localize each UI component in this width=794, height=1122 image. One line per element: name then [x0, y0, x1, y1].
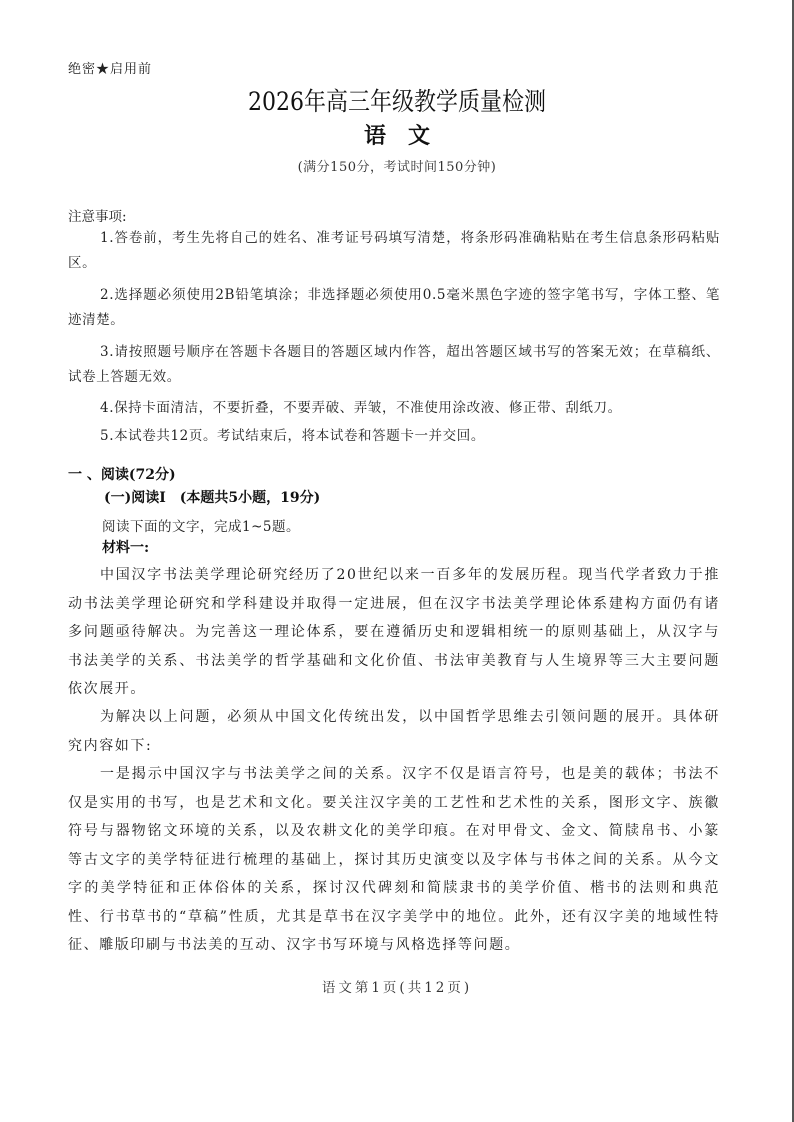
material-label: 材料一: [102, 537, 149, 557]
notice-item-2: 2.选择题必须使用2B铅笔填涂；非选择题必须使用0.5毫米黑色字迹的签字笔书写，… [68, 283, 720, 333]
notice-item-1: 1.答卷前，考生先将自己的姓名、准考证号码填写清楚，将条形码准确粘贴在考生信息条… [68, 226, 720, 276]
subject-title: 语文 [0, 119, 794, 150]
notice-item-3: 3.请按照题号顺序在答题卡各题目的答题区域内作答，超出答题区域书写的答案无效；在… [68, 340, 720, 390]
section-heading: 一 、阅读(72分) [68, 464, 176, 484]
page-footer: 语文第1页(共12页) [0, 976, 794, 996]
body-paragraph-3: 一是揭示中国汉字与书法美学之间的关系。汉字不仅是语言符号，也是美的载体；书法不仅… [68, 760, 720, 960]
exam-title: 2026年高三年级教学质量检测 [48, 82, 747, 118]
body-paragraph-1: 中国汉字书法美学理论研究经历了20世纪以来一百多年的发展历程。现当代学者致力于推… [68, 561, 720, 704]
reading-instruction: 阅读下面的文字，完成1~5题。 [102, 515, 300, 535]
notice-item-5: 5.本试卷共12页。考试结束后，将本试卷和答题卡一并交回。 [68, 424, 720, 449]
confidentiality-label: 绝密★启用前 [68, 58, 152, 77]
score-time-note: (满分150分，考试时间150分钟) [0, 156, 794, 175]
notice-heading: 注意事项: [68, 205, 127, 225]
body-paragraph-2: 为解决以上问题，必须从中国文化传统出发，以中国哲学思维去引领问题的展开。具体研究… [68, 703, 720, 760]
subsection-heading: (一)阅读I (本题共5小题，19分) [104, 487, 320, 507]
notice-item-4: 4.保持卡面清洁，不要折叠，不要弄破、弄皱，不准使用涂改液、修正带、刮纸刀。 [68, 396, 720, 421]
